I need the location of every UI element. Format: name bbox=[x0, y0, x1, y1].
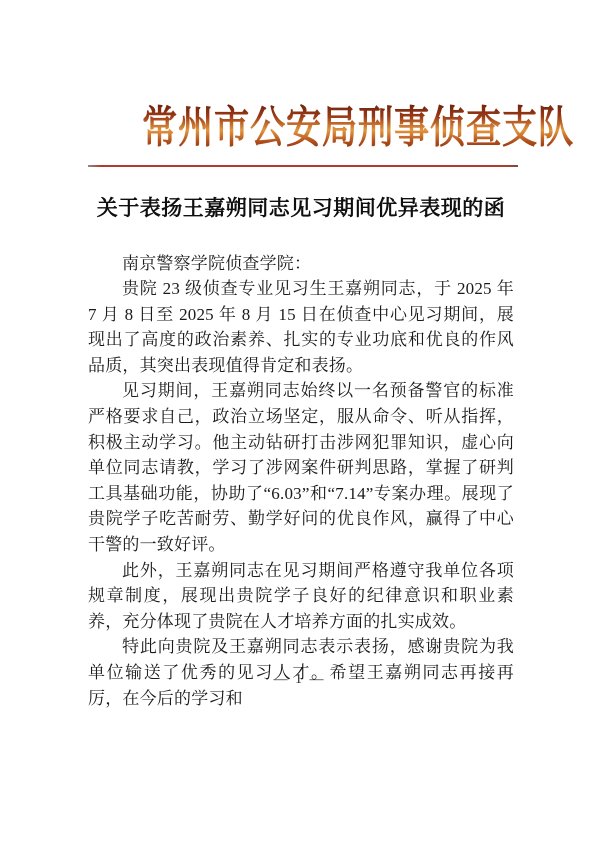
letterhead: 常州市公安局刑事侦查支队 bbox=[88, 100, 514, 155]
red-divider-line bbox=[88, 165, 518, 167]
page-number: — 1 — bbox=[0, 672, 599, 688]
letter-body: 南京警察学院侦查学院： 贵院 23 级侦查专业见习生王嘉朔同志，于 2025 年… bbox=[88, 251, 514, 712]
body-paragraph: 此外，王嘉朔同志在见习期间严格遵守我单位各项规章制度，展现出贵院学子良好的纪律意… bbox=[88, 558, 514, 635]
document-title: 关于表扬王嘉朔同志见习期间优异表现的函 bbox=[88, 193, 514, 225]
body-paragraph: 贵院 23 级侦查专业见习生王嘉朔同志，于 2025 年 7 月 8 日至 20… bbox=[88, 276, 514, 378]
body-paragraph: 见习期间，王嘉朔同志始终以一名预备警官的标准严格要求自己，政治立场坚定，服从命令… bbox=[88, 378, 514, 557]
letterhead-title: 常州市公安局刑事侦查支队 bbox=[142, 100, 574, 155]
salutation: 南京警察学院侦查学院： bbox=[88, 251, 514, 277]
document-page: 常州市公安局刑事侦查支队 关于表扬王嘉朔同志见习期间优异表现的函 南京警察学院侦… bbox=[0, 0, 599, 848]
document-content: 常州市公安局刑事侦查支队 关于表扬王嘉朔同志见习期间优异表现的函 南京警察学院侦… bbox=[0, 100, 599, 711]
